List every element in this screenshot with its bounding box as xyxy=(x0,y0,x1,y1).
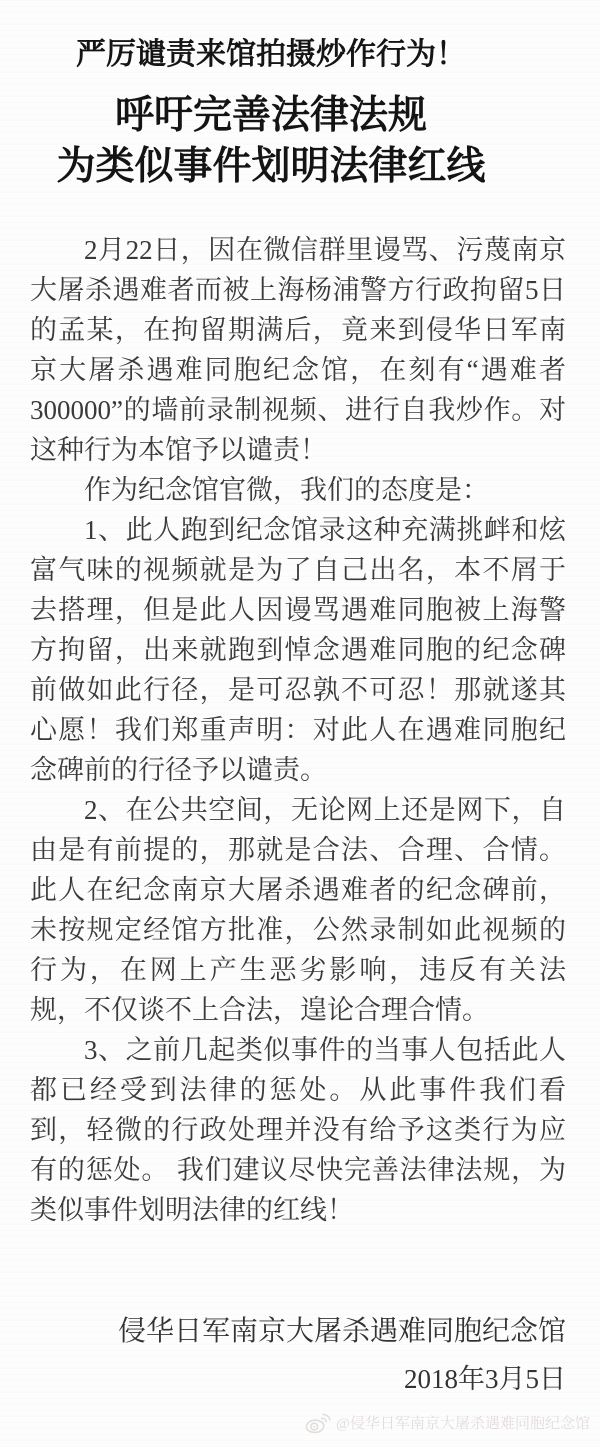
statement-document: 严厉谴责来馆拍摄炒作行为！ 呼吁完善法律法规 为类似事件划明法律红线 2月22日… xyxy=(0,0,600,1447)
body-paragraph: 作为纪念馆官微，我们的态度是： xyxy=(30,470,566,510)
watermark-handle: @侵华日军南京大屠杀遇难同胞纪念馆 xyxy=(336,1413,590,1435)
signature-block: 侵华日军南京大屠杀遇难同胞纪念馆 2018年3月5日 xyxy=(0,1310,566,1399)
body-paragraph: 2月22日，因在微信群里谩骂、污蔑南京大屠杀遇难者而被上海杨浦警方行政拘留5日的… xyxy=(30,230,566,470)
statement-body: 2月22日，因在微信群里谩骂、污蔑南京大屠杀遇难者而被上海杨浦警方行政拘留5日的… xyxy=(30,230,566,1230)
title-line-3: 为类似事件划明法律红线 xyxy=(30,141,512,192)
signature-date: 2018年3月5日 xyxy=(0,1359,566,1399)
body-paragraph: 1、此人跑到纪念馆录这种充满挑衅和炫富气味的视频就是为了自己出名，本不屑于去搭理… xyxy=(30,510,566,790)
title-line-2: 呼吁完善法律法规 xyxy=(30,90,512,141)
signature-organization: 侵华日军南京大屠杀遇难同胞纪念馆 xyxy=(0,1310,566,1354)
title-subheading: 呼吁完善法律法规 为类似事件划明法律红线 xyxy=(30,90,512,192)
body-paragraph: 2、在公共空间，无论网上还是网下，自由是有前提的，那就是合法、合理、合情。此人在… xyxy=(30,790,566,1030)
document-header: 严厉谴责来馆拍摄炒作行为！ 呼吁完善法律法规 为类似事件划明法律红线 xyxy=(30,34,512,192)
weibo-watermark: @侵华日军南京大屠杀遇难同胞纪念馆 xyxy=(304,1412,590,1436)
body-paragraph: 3、之前几起类似事件的当事人包括此人都已经受到法律的惩处。从此事件我们看到，轻微… xyxy=(30,1030,566,1230)
weibo-icon xyxy=(304,1412,331,1436)
title-line-1: 严厉谴责来馆拍摄炒作行为！ xyxy=(30,34,512,76)
